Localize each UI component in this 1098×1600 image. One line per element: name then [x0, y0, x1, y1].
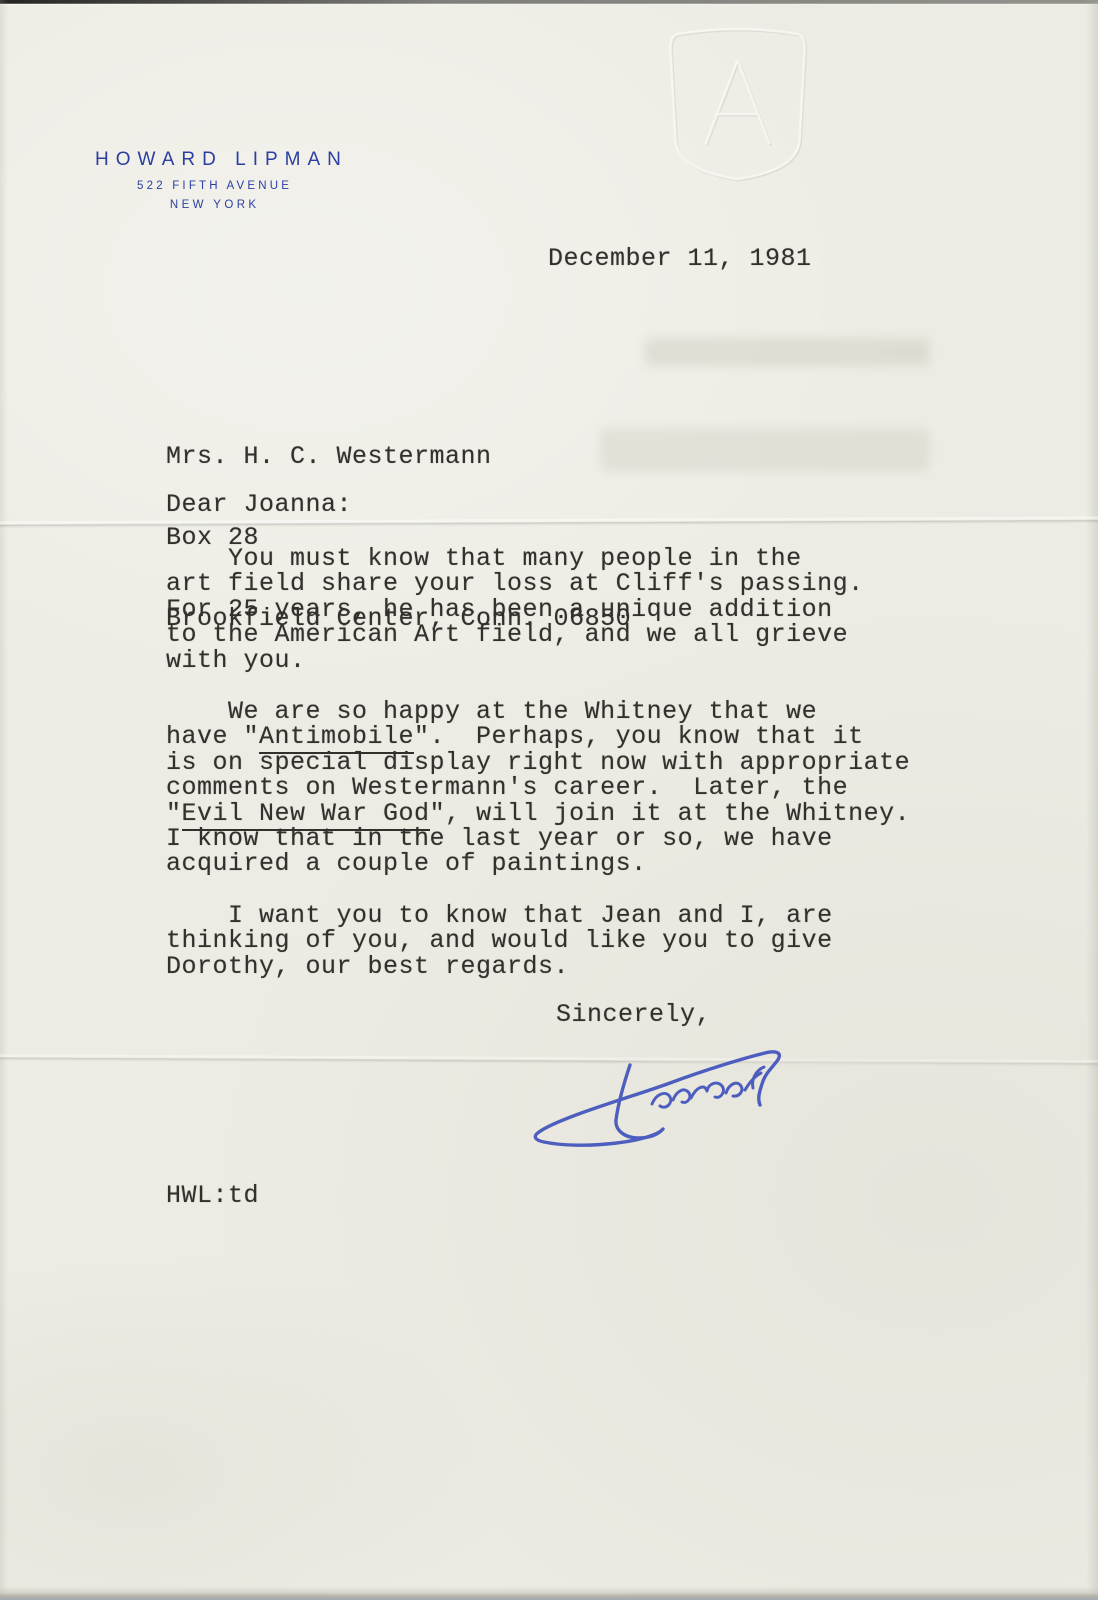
letterhead: HOWARD LIPMAN 522 FIFTH AVENUE NEW YORK: [88, 149, 338, 211]
body-paragraph: You must know that many people in theart…: [166, 546, 910, 673]
scan-right-edge: [1086, 0, 1098, 1600]
letter-page: HOWARD LIPMAN 522 FIFTH AVENUE NEW YORK …: [0, 0, 1098, 1600]
letter-body: You must know that many people in theart…: [166, 546, 910, 1005]
signature-handwritten: [520, 1020, 840, 1160]
scan-top-edge: [0, 0, 1098, 6]
recipient-name: Mrs. H. C. Westermann: [166, 443, 631, 470]
body-paragraph: We are so happy at the Whitney that weha…: [166, 699, 910, 877]
embossed-ghost-text: [645, 338, 930, 366]
letterhead-name: HOWARD LIPMAN: [88, 149, 338, 171]
typist-reference: HWL:td: [166, 1183, 259, 1208]
scan-bottom-edge: [0, 1586, 1098, 1600]
scan-left-edge: [0, 0, 8, 1600]
embossed-crest-watermark: [645, 22, 830, 192]
embossed-ghost-text: [600, 428, 930, 472]
letterhead-address: 522 FIFTH AVENUE: [88, 180, 338, 192]
letterhead-city: NEW YORK: [88, 199, 338, 211]
salutation: Dear Joanna:: [166, 492, 352, 517]
letter-date: December 11, 1981: [548, 246, 812, 271]
body-paragraph: I want you to know that Jean and I, aret…: [166, 903, 910, 979]
